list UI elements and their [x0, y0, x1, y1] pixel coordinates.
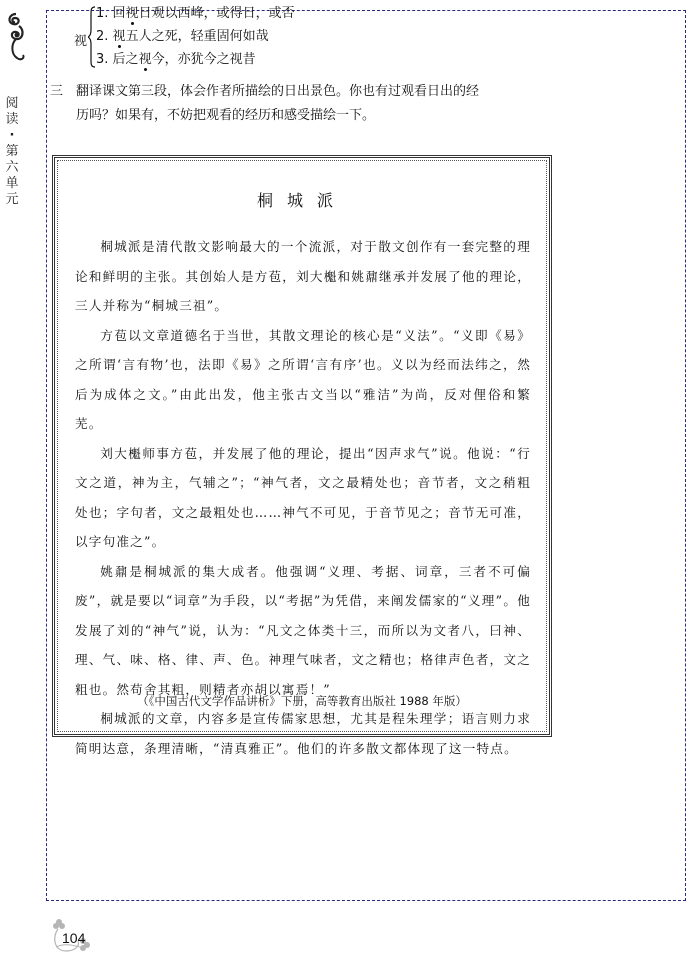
brace-item: 1. 回视日观以西峰，或得日，或否	[96, 4, 295, 24]
box-paragraph: 桐城派的文章，内容多是宣传儒家思想，尤其是程朱理学；语言则力求简明达意，条理清晰…	[75, 704, 531, 763]
box-paragraph: 方苞以文章道德名于当世，其散文理论的核心是“义法”。“义即《易》之所谓‘言有物’…	[75, 321, 531, 439]
reading-sidebar-box: 桐城派 桐城派是清代散文影响最大的一个流派，对于散文创作有一套完整的理论和鲜明的…	[52, 155, 552, 737]
box-paragraph: 桐城派是清代散文影响最大的一个流派，对于散文创作有一套完整的理论和鲜明的主张。其…	[75, 232, 531, 321]
curly-brace-icon	[88, 6, 96, 68]
side-label-char: 六	[4, 160, 20, 176]
item-text: 五人之死，轻重固何如哉	[126, 29, 269, 44]
box-paragraph: 刘大櫆师事方苞，并发展了他的理论，提出“因声求气”说。他说：“行文之道，神为主，…	[75, 439, 531, 557]
side-label-char: 第	[4, 144, 20, 160]
exercise-question: 三 翻译课文第三段，体会作者所描绘的日出景色。你也有过观看日出的经 历吗？如果有…	[50, 80, 550, 128]
question-text-line-1: 翻译课文第三段，体会作者所描绘的日出景色。你也有过观看日出的经	[76, 80, 550, 104]
item-number: 1.	[96, 6, 108, 21]
emphasis-dot-char: 视	[113, 29, 126, 44]
box-title: 桐城派	[55, 188, 549, 211]
item-number: 2.	[96, 29, 108, 44]
item-text: 日观以西峰，或得日，或否	[139, 6, 295, 21]
flourish-ornament-icon	[5, 12, 27, 64]
item-text: 后之	[113, 52, 139, 67]
question-text-line-2: 历吗？如果有，不妨把观看的经历和感受描绘一下。	[76, 104, 550, 128]
box-body: 桐城派是清代散文影响最大的一个流派，对于散文创作有一套完整的理论和鲜明的主张。其…	[75, 232, 531, 763]
emphasis-dot-char: 视	[139, 52, 152, 67]
box-source-citation: （《中国古代文学作品讲析》下册，高等教育出版社 1988 年版）	[55, 693, 549, 709]
brace-item: 3. 后之视今，亦犹今之视昔	[96, 50, 256, 70]
emphasis-dot-char: 视	[126, 6, 139, 21]
unit-side-label: 阅 读 · 第 六 单 元	[4, 96, 20, 208]
question-number: 三	[50, 80, 63, 104]
item-number: 3.	[96, 52, 108, 67]
box-paragraph: 姚鼐是桐城派的集大成者。他强调“义理、考据、词章，三者不可偏废”，就是要以“词章…	[75, 557, 531, 705]
side-label-char: 阅	[4, 96, 20, 112]
item-text: 今，亦犹今之视昔	[152, 52, 256, 67]
side-label-char: 读	[4, 112, 20, 128]
page-number: 104	[62, 930, 85, 946]
brace-head-char: 视	[74, 30, 87, 49]
side-label-char: 元	[4, 192, 20, 208]
side-label-char: 单	[4, 176, 20, 192]
side-label-dot: ·	[4, 128, 20, 144]
brace-item: 2. 视五人之死，轻重固何如哉	[96, 27, 269, 47]
item-text: 回	[113, 6, 126, 21]
